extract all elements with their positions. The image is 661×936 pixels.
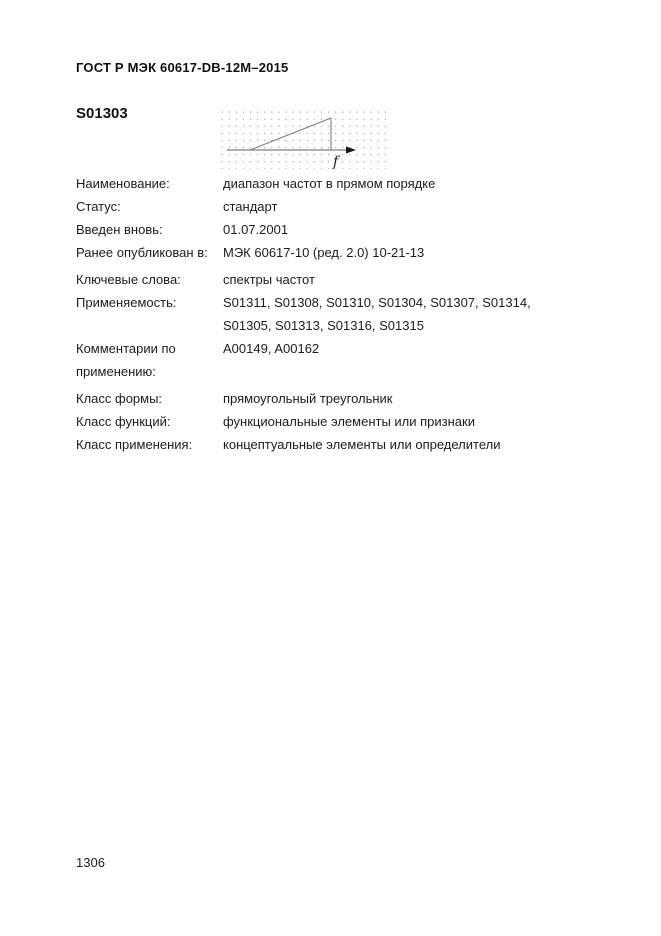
property-value: диапазон частот в прямом порядке: [223, 172, 568, 195]
property-value: функциональные элементы или признаки: [223, 410, 568, 433]
symbol-id: S01303: [76, 105, 128, 122]
property-value: S01311, S01308, S01310, S01304, S01307, …: [223, 291, 568, 337]
standard-title: ГОСТ Р МЭК 60617-DB-12M–2015: [76, 60, 288, 75]
document-page: ГОСТ Р МЭК 60617-DB-12M–2015 S01303 f На…: [0, 0, 661, 936]
property-row-shape-class: Класс формы: прямоугольный треугольник: [76, 387, 568, 410]
property-row-name: Наименование: диапазон частот в прямом п…: [76, 172, 568, 195]
symbol-diagram: f: [214, 104, 394, 172]
page-number: 1306: [76, 855, 105, 870]
property-row-applicability: Применяемость: S01311, S01308, S01310, S…: [76, 291, 568, 337]
property-value: прямоугольный треугольник: [223, 387, 568, 410]
property-label: Введен вновь:: [76, 218, 223, 241]
property-label: Применяемость:: [76, 291, 223, 314]
property-row-application-class: Класс применения: концептуальные элемент…: [76, 433, 568, 456]
property-row-status: Статус: стандарт: [76, 195, 568, 218]
property-value: спектры частот: [223, 268, 568, 291]
property-row-function-class: Класс функций: функциональные элементы и…: [76, 410, 568, 433]
property-label: Ключевые слова:: [76, 268, 223, 291]
property-row-application-comments: Комментарии по применению: A00149, A0016…: [76, 337, 568, 383]
property-label: Комментарии по применению:: [76, 337, 223, 383]
property-value: концептуальные элементы или определители: [223, 433, 568, 456]
property-value: МЭК 60617-10 (ред. 2.0) 10-21-13: [223, 241, 568, 264]
property-row-reintroduced: Введен вновь: 01.07.2001: [76, 218, 568, 241]
property-value: стандарт: [223, 195, 568, 218]
property-value: A00149, A00162: [223, 337, 568, 360]
property-label: Ранее опубликован в:: [76, 241, 223, 264]
property-label: Статус:: [76, 195, 223, 218]
property-label: Класс применения:: [76, 433, 223, 456]
property-label: Класс формы:: [76, 387, 223, 410]
property-value: 01.07.2001: [223, 218, 568, 241]
property-list: Наименование: диапазон частот в прямом п…: [76, 172, 568, 456]
property-row-previously-published: Ранее опубликован в: МЭК 60617-10 (ред. …: [76, 241, 568, 264]
property-row-keywords: Ключевые слова: спектры частот: [76, 268, 568, 291]
property-label: Наименование:: [76, 172, 223, 195]
diagram-dot-grid: [218, 110, 390, 169]
property-label: Класс функций:: [76, 410, 223, 433]
